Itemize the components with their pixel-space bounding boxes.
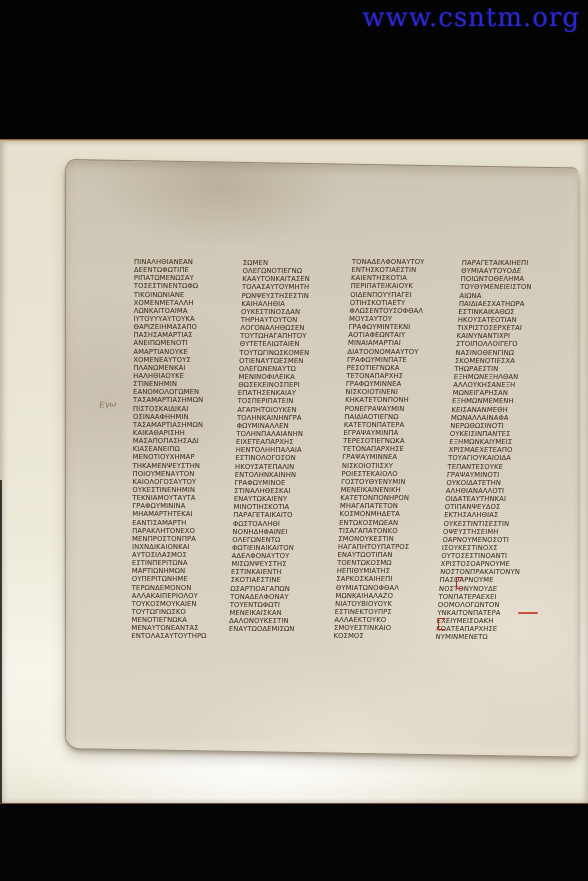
manuscript-text-line: ΟΑΡΝΟΥΜΕΝΟΣΟΤΙ xyxy=(442,536,529,544)
manuscript-text-line: ΗΕΝΤΟΛΗΗΠΑΛΑΙΑ xyxy=(235,446,321,454)
manuscript-text-line: ΚΑΙΗΑΛΗΘΙΑ xyxy=(241,300,327,308)
manuscript-text-line: ΠΙΝΑΛΗΘΙΑΝΕΑΝ xyxy=(134,258,220,266)
manuscript-text-line: ΠΑΡΑΓΕΤΑΙΚΑΙΗΕΠΙ xyxy=(461,259,548,267)
manuscript-text-line: ΟΥΚΕΣΤΙΝΟΣΔΑΝ xyxy=(241,308,327,316)
manuscript-text-line: ΚΑΑΥΤΟΝΚΑΙΤΑΣΕΝ xyxy=(242,275,328,283)
red-close-bracket-mark xyxy=(438,618,445,630)
manuscript-text-line: ΧΡΙΣΜΑΕΧΕΤΕΑΠΟ xyxy=(448,446,535,454)
manuscript-text-line: ΑΟΤΙΑΦΕΩΝΤΑΙΥ xyxy=(348,331,434,339)
manuscript-text-line: ΤΗΩΡΑΕΣΤΙΝ xyxy=(454,365,541,373)
manuscript-text-line: ΕΞΗΜΩΝΚΑΙΥΜΕΙΣ xyxy=(449,438,536,446)
manuscript-text-line: ΑΓΑΠΗΤΟΙΟΥΚΕΝ xyxy=(237,406,323,414)
manuscript-text-line: ΟΥΚΟΙΔΑΤΕΤΗΝ xyxy=(446,479,533,487)
manuscript-text-line: ΤΟΕΝΤΩΚΟΣΜΩ xyxy=(337,559,423,567)
manuscript-text-line: ΤΕΠΑΝΤΕΣΟΥΚΕ xyxy=(447,463,534,471)
manuscript-text-line: ΦΩΣΤΟΑΛΗΘΙ xyxy=(233,520,319,528)
manuscript-text-line: ΠΑΙΔΙΑΟΤΙΕΓΝΩ xyxy=(344,413,430,421)
manuscript-text-line: ΕΓΡΑΨΑΥΜΙΝΠΑ xyxy=(343,429,429,437)
manuscript-text-line: ΤΟΥΑΓΙΟΥΚΑΙΟΙΔΑ xyxy=(448,454,535,462)
manuscript-text-line: ΜΩΝΑΛΛΑΙΝΑΦΑ xyxy=(451,414,538,422)
manuscript-text-line: ΘΥΜΙΑΑΥΤΟΥΟΔΕ xyxy=(461,267,548,275)
manuscript-photo-stage: www.csntm.org Εγω ΠΙΝΑΛΗΘΙΑΝΕΑΝΔΕΕΝΤΩΦΩΤ… xyxy=(0,0,588,881)
manuscript-text-line: ΕΞΗΜΩΝΕΞΗΛΘΑΝ xyxy=(453,373,540,381)
manuscript-text-line: ΗΚΟΥΣΑΤΕΠΑΛΙΝ xyxy=(235,463,321,471)
manuscript-text-line: ΘΥΜΙΑΤΩΝΟΦΘΑΛ xyxy=(336,584,422,592)
manuscript-text-line: ΝΑΣΙΝΟΘΕΝΓΙΝΩ xyxy=(455,349,542,357)
manuscript-text-line: ΤΙΣΑΓΑΠΑΤΟΝΚΟ xyxy=(338,527,424,535)
manuscript-text-line: ΕΝΤΟΛΑΣΑΥΤΟΥΤΗΡΩ xyxy=(131,632,217,640)
manuscript-text-line: ΣΩΜΕΝ xyxy=(243,259,329,267)
manuscript-text-line: ΜΕΝΑΥΤΟΝΕΑΝΤΑΣ xyxy=(131,624,217,632)
manuscript-text-line: ΠΑΙΔΙΑΕΣΧΑΤΗΩΡΑ xyxy=(459,300,546,308)
manuscript-text-line: ΣΑΡΚΟΣΚΑΙΗΕΠΙ xyxy=(336,575,422,583)
manuscript-text-line: ΚΑΤΕΤΟΝΠΑΤΕΡΑ xyxy=(344,421,430,429)
manuscript-text-line: ΗΚΟΥΣΑΤΕΟΤΙΑΝ xyxy=(457,316,544,324)
manuscript-text-line: ΚΑΙΕΝΤΗΣΚΟΤΙΑ xyxy=(351,274,437,282)
manuscript-text-line: ΓΡΑΨΑΥΜΙΝΝΕΑ xyxy=(342,453,428,461)
manuscript-text-line: ΝΥΜΙΝΜΕΝΕΤΩ xyxy=(435,633,522,641)
manuscript-text-line: ΤΟΛΗΝΚΑΙΝΗΝΓΡΑ xyxy=(237,414,323,422)
manuscript-text-line: ΝΟΣΤΟΝΥΝΟΥΔΕ xyxy=(439,585,526,593)
manuscript-text-line: ΤΙΧΡΙΣΤΟΣΕΡΧΕΤΑΙ xyxy=(457,324,544,332)
manuscript-text-line: ΠΛΑΝΩΜΕΝΚΑΙ xyxy=(133,364,219,372)
manuscript-text-line: ΙΣΟΥΚΕΣΤΙΝΟΧΣ xyxy=(442,544,529,552)
manuscript-text-line: ΝΙΣΚΟΙΟΤΙΝΕΝΙ xyxy=(345,388,431,396)
manuscript-text-line: ΤΟΛΗΝΠΑΛΑΙΑΝΗΝ xyxy=(236,430,322,438)
text-column-2: ΣΩΜΕΝΟΛΕΓΩΝΟΤΙΕΓΝΩΚΑΑΥΤΟΝΚΑΙΤΑΣΕΝΤΟΛΑΣΑΥ… xyxy=(229,259,329,633)
manuscript-text-line: ΟΛΕΓΩΝΟΤΙΕΓΝΩ xyxy=(242,267,328,275)
manuscript-text-line: ΤΟΥΤΩΓΙΝΩΣΚΟ xyxy=(131,608,217,616)
manuscript-text-line: ΣΚΟΜΕΝΟΤΙΕΣΧΑ xyxy=(455,357,542,365)
manuscript-text-line: ΤΟΥΘΥΜΕΝΕΙΕΙΣΤΟΝ xyxy=(460,283,547,291)
manuscript-text-line: ΜΑΣΑΠΟΠΑΣΗΣΑΔΙ xyxy=(133,437,219,445)
manuscript-text-line: ΜΟΥΣΑΥΤΟΥ xyxy=(349,315,435,323)
manuscript-text-line: ΡΟΝΕΓΡΑΨΑΥΜΙΝ xyxy=(344,405,430,413)
manuscript-text-line: ΤΟΥΕΝΤΩΦΩΤΙ xyxy=(230,601,316,609)
manuscript-text-line: ΕΣΤΙΝΟΛΟΓΟΣΟΝ xyxy=(235,454,321,462)
manuscript-text-line: ΚΟΑΤΕΑΠΑΡΧΗΣΕ xyxy=(436,625,523,633)
manuscript-text-line: ΤΕΡΩΝΔΕΜΟΝΟΝ xyxy=(132,584,218,592)
manuscript-text-line: ΣΜΟΥΕΣΤΙΝΚΑΙΟ xyxy=(334,624,420,632)
manuscript-text-line: ΤΑΣΑΜΑΡΤΙΑΣΗΜΩΝ xyxy=(133,396,219,404)
margin-note: Εγω xyxy=(99,399,117,409)
manuscript-text-line: ΔΕΕΝΤΩΦΩΤΙΠΕ xyxy=(134,266,220,274)
bottom-background xyxy=(0,803,588,881)
manuscript-text-line: ΚΙΑΣΕΑΝΕΙΠΩ xyxy=(133,445,219,453)
manuscript-text-line: ΤΕΚΝΙΑΜΟΥΤΑΥΤΑ xyxy=(132,494,218,502)
manuscript-text-line: ΠΙΣΤΟΣΚΑΙΔΙΚΑΙ xyxy=(133,405,219,413)
manuscript-text-line: ΡΩΝΨΕΥΣΤΗΣΕΣΤΙΝ xyxy=(241,292,327,300)
manuscript-text-line: ΟΛΕΓΩΝΕΝΑΥΤΩ xyxy=(239,365,325,373)
manuscript-text-line: ΝΙΑΤΟΥΒΙΟΥΟΥΚ xyxy=(335,600,421,608)
manuscript-text-line: ΜΗΑΜΑΡΤΗΤΕΚΑΙ xyxy=(132,510,218,518)
manuscript-text-line: ΜΩΝΕΙΓΑΡΗΣΑΝ xyxy=(452,389,539,397)
manuscript-text-line: ΜΙΝΟΤΙΗΣΚΟΤΙΑ xyxy=(233,503,319,511)
manuscript-text-line: ΕΝΤΗΣΚΟΤΙΑΕΣΤΙΝ xyxy=(351,266,437,274)
manuscript-text-line: ΓΡΑΦΩΥΜΙΝΟΕ xyxy=(234,479,320,487)
red-open-bracket-mark xyxy=(456,577,463,589)
manuscript-text-line: ΑΛΗΘΙΑΝΑΛΛΟΤΙ xyxy=(445,487,532,495)
manuscript-text-line: ΠΕΡΙΠΑΤΕΙΚΑΙΟΥΚ xyxy=(350,282,436,290)
manuscript-text-line: ΕΝΑΥΤΩΚΑΙΕΝΥ xyxy=(234,495,320,503)
manuscript-text-line: ΤΕΤΟΝΑΠΑΡΧΗΣ xyxy=(346,372,432,380)
manuscript-text-line: ΤΟΝΑΔΕΛΦΟΝΑΥ xyxy=(230,593,316,601)
manuscript-text-line: ΘΩΣΕΚΕΙΝΟΣΠΕΡΙ xyxy=(238,381,324,389)
manuscript-text-line: ΩΣΑΡΤΙΟΑΓΑΠΩΝ xyxy=(230,585,316,593)
manuscript-text-line: ΚΑΤΕΤΟΝΠΟΝΗΡΟΝ xyxy=(340,494,426,502)
manuscript-text-line: ΗΑΛΗΘΙΑΟΥΚΕ xyxy=(133,372,219,380)
manuscript-text-line: ΠΟΙΩΝΤΟΘΕΛΗΜΑ xyxy=(460,275,547,283)
manuscript-text-line: ΟΥΚΕΣΤΙΝΕΝΗΜΙΝ xyxy=(132,486,218,494)
manuscript-text-line: ΓΟΣΤΟΥΘΥΕΝΥΜΙΝ xyxy=(341,478,427,486)
manuscript-text-line: ΤΟΥΤΩΓΙΝΩΣΚΟΜΕΝ xyxy=(239,349,325,357)
manuscript-text-line: ΥΝΚΑΙΤΟΝΠΑΤΕΡΑ xyxy=(437,609,524,617)
manuscript-text-line: ΜΕΝΕΙΚΑΙΝΕΝΙΚΗ xyxy=(340,486,426,494)
manuscript-text-line: ΚΗΚΑΤΕΤΟΝΠΟΝΗ xyxy=(345,396,431,404)
manuscript-text-line: ΘΑΡΙΖΕΙΗΜΑΣΑΠΟ xyxy=(133,323,219,331)
manuscript-text-line: ΠΑΡΑΓΕΤΑΙΚΑΙΤΟ xyxy=(233,511,319,519)
manuscript-text-line: ΠΑΣΗΣΑΜΑΡΤΙΑΣ xyxy=(133,331,219,339)
manuscript-text-line: ΓΡΑΦΩΥΜΙΝΝΕΑ xyxy=(346,380,432,388)
manuscript-text-line: ΟΥΚΕΙΣΙΝΠΑΝΤΕΣ xyxy=(449,430,536,438)
manuscript-text-line: ΤΟΛΑΣΑΥΤΟΥΜΗΤΗ xyxy=(242,283,328,291)
manuscript-text-line: ΡΙΠΑΤΩΜΕΝΩΣΑΥ xyxy=(134,274,220,282)
manuscript-text-line: ΕΑΝΟΜΟΛΟΓΩΜΕΝ xyxy=(133,388,219,396)
manuscript-text-line: ΤΟΝΠΑΤΕΡΑΕΧΕΙ xyxy=(438,593,525,601)
manuscript-text-line: ΝΟΣΤΟΝΠΡΑΚΑΙΤΟΝΥΝ xyxy=(440,568,527,576)
manuscript-text-line: ΤΟΥΚΟΣΜΟΥΚΑΙΕΝ xyxy=(132,600,218,608)
manuscript-text-line: ΑΥΤΟΣΙΛΑΣΜΟΣ xyxy=(132,551,218,559)
manuscript-text-line: ΕΧΕΙΥΜΕΙΣΟΑΚΗ xyxy=(436,617,523,625)
manuscript-text-line: ΜΕΝΠΡΟΣΤΟΝΠΡΑ xyxy=(132,535,218,543)
manuscript-text-line: ΜΕΝΟΤΙΟΥΧΗΜΑΡ xyxy=(133,453,219,461)
manuscript-text-line: ΝΕΡΩΘΩΣΙΝΟΤΙ xyxy=(450,422,537,430)
manuscript-text-line: ΟΨΕΥΣΤΗΣΕΙΜΗ xyxy=(443,528,530,536)
manuscript-text-line: ΔΙΑΤΟΟΝΟΜΑΑΥΤΟΥ xyxy=(347,348,433,356)
manuscript-text-line: ΛΩΝΚΑΙΤΟΑΙΜΑ xyxy=(134,307,220,315)
manuscript-text-line: ΟΙΔΕΝΠΟΥΥΠΑΓΕΙ xyxy=(350,291,436,299)
manuscript-text-line: ΕΝΤΩΚΟΣΜΩΕΑΝ xyxy=(339,519,425,527)
manuscript-text-line: ΑΛΛΑΚΑΙΠΕΡΙΟΛΟΥ xyxy=(132,592,218,600)
manuscript-text-line: ΣΤΟΙΠΟΛΛΟΙΓΕΓΟ xyxy=(456,340,543,348)
manuscript-text-line: ΙΥΤΟΥΥΥΑΥΤΟΥΚΑ xyxy=(134,315,220,323)
manuscript-text-line: ΝΙΣΚΟΙΟΤΙΙΣΧΥ xyxy=(342,462,428,470)
text-column-1: ΠΙΝΑΛΗΘΙΑΝΕΑΝΔΕΕΝΤΩΦΩΤΙΠΕΡΙΠΑΤΩΜΕΝΩΣΑΥΤΟ… xyxy=(131,258,220,641)
manuscript-text-line: ΤΟΝΑΔΕΛΦΟΝΑΥΤΟΥ xyxy=(352,258,438,266)
manuscript-text-line: ΡΕΣΟΤΙΕΓΝΩΚΑ xyxy=(346,364,432,372)
red-underline-mark xyxy=(518,612,538,614)
manuscript-text-line: ΜΕΝΙΝΟΦΙΛΕΙΚΑ xyxy=(238,373,324,381)
manuscript-text-line: ΗΕΠΙΘΥΜΙΑΤΗΣ xyxy=(336,567,422,575)
manuscript-text-line: ΟΤΙΠΑΝΨΕΥΔΟΣ xyxy=(444,503,531,511)
manuscript-text-line: ΕΚΤΗΣΑΛΗΘΙΑΣ xyxy=(444,511,531,519)
manuscript-text-line: ΜΗΑΓΑΠΑΤΕΤΟΝ xyxy=(340,502,426,510)
manuscript-text-line: ΜΙΣΩΝΨΕΥΣΤΗΣ xyxy=(231,560,317,568)
manuscript-text-line: ΚΑΙΝΥΝΑΝΤΙΧΡΙ xyxy=(456,332,543,340)
manuscript-text-line: ΛΟΓΟΝΑΛΗΘΩΣΕΝ xyxy=(240,324,326,332)
manuscript-text-line: ΧΟΜΕΝΕΑΥΤΟΥΣ xyxy=(133,356,219,364)
manuscript-text-line: ΜΑΡΤΙΩΝΗΜΩΝ xyxy=(132,567,218,575)
manuscript-text-line: ΦΩΤΙΕΙΝΑΙΚΑΙΤΟΝ xyxy=(232,544,318,552)
manuscript-text-line: ΧΡΙΣΤΟΣΟΑΡΝΟΥΜΕ xyxy=(440,560,527,568)
manuscript-text-line: ΘΥΤΕΤΕΛΙΩΤΑΙΕΝ xyxy=(240,340,326,348)
manuscript-text-line: ΦΛΩΣΕΝΤΟΥΣΟΦΘΑΛ xyxy=(349,307,435,315)
manuscript-text-line: ΚΑΙΟΛΟΓΟΣΑΥΤΟΥ xyxy=(132,478,218,486)
manuscript-text-line: ΣΤΙΝΕΝΗΜΙΝ xyxy=(133,380,219,388)
manuscript-text-line: ΤΟΥΤΩΗΑΓΑΠΗΤΟΥ xyxy=(240,332,326,340)
manuscript-text-line: ΤΟΣΠΕΡΙΠΑΤΕΙΝ xyxy=(237,397,323,405)
manuscript-text-line: ΚΟΣΜΟΣ xyxy=(333,632,419,640)
manuscript-text-line: ΟΟΜΟΛΟΓΩΝΤΟΝ xyxy=(438,601,525,609)
manuscript-text-line: ΟΤΙΗΣΚΟΤΙΑΕΤΥ xyxy=(350,299,436,307)
photo-left-edge-shadow xyxy=(0,480,2,803)
manuscript-text-line: ΑΔΕΛΦΟΝΑΥΤΟΥ xyxy=(231,552,317,560)
manuscript-text-line: ΟΤΙΕΝΑΥΤΩΕΣΜΕΝ xyxy=(239,357,325,365)
manuscript-text-line: ΠΟΙΟΥΜΕΝΑΥΤΟΝ xyxy=(132,470,218,478)
manuscript-text-line: ΟΣΙΝΑΑΦΗΗΜΙΝ xyxy=(133,413,219,421)
manuscript-text-line: ΟΥΚΕΣΤΙΝΤΙΣΕΣΤΙΝ xyxy=(443,520,530,528)
manuscript-text-line: ΧΟΜΕΝΜΕΤΑΛΛΗ xyxy=(134,299,220,307)
manuscript-text-line: ΕΝΑΥΤΩΟΔΕΜΙΣΩΝ xyxy=(229,625,315,633)
manuscript-text-line: ΡΟΙΕΣΤΕΚΑΙΟΛΟ xyxy=(341,470,427,478)
manuscript-text-line: ΚΟΣΜΟΝΜΗΔΕΤΑ xyxy=(339,510,425,518)
manuscript-text-line: ΚΑΙΚΑΘΑΡΙΣΗΗ xyxy=(133,429,219,437)
manuscript-text-line: ΠΑΣΟΑΡΝΟΥΜΕ xyxy=(439,576,526,584)
manuscript-text-line: ΟΥΠΕΡΙΤΩΝΗΜΕ xyxy=(132,575,218,583)
manuscript-text-line: ΦΩΥΜΙΝΑΛΛΕΝ xyxy=(236,422,322,430)
manuscript-text-line: ΟΛΕΓΩΝΕΝΤΩ xyxy=(232,536,318,544)
top-background: www.csntm.org xyxy=(0,0,588,139)
manuscript-text-line: ΜΙΝΑΙΑΜΑΡΤΙΑΙ xyxy=(348,339,434,347)
manuscript-text-line: ΓΡΑΨΑΥΜΙΝΟΤΙ xyxy=(447,471,534,479)
manuscript-text-line: ΤΑΣΑΜΑΡΤΙΑΣΗΜΩΝ xyxy=(133,421,219,429)
manuscript-text-line: ΣΜΟΝΟΥΚΕΣΤΙΝ xyxy=(338,535,424,543)
manuscript-text-line: ΓΡΑΦΩΥΜΙΝΠΑΤΕ xyxy=(347,356,433,364)
manuscript-text-line: ΕΠΑΤΗΣΕΝΚΑΙΑΥ xyxy=(238,389,324,397)
csntm-watermark-url: www.csntm.org xyxy=(362,3,580,33)
manuscript-text-line: ΑΝΕΙΠΩΜΕΝΟΤΙ xyxy=(133,339,219,347)
manuscript-text-line: ΕΞΗΜΩΝΜΕΜΕΝΗ xyxy=(452,397,539,405)
manuscript-text-line: ΤΗΡΗΑΥΤΟΥΤΟΝ xyxy=(240,316,326,324)
manuscript-text-line: ΕΑΝΤΙΣΑΜΑΡΤΗ xyxy=(132,519,218,527)
manuscript-text-line: ΔΑΛΟΝΟΥΚΕΣΤΙΝ xyxy=(229,617,315,625)
manuscript-text-line: ΟΙΔΑΤΕΑΥΤΗΝΚΑΙ xyxy=(445,495,532,503)
manuscript-text-line: ΜΩΝΚΑΙΗΑΛΑΖΟ xyxy=(335,592,421,600)
manuscript-text-line: ΓΡΑΦΩΥΜΙΝΤΕΚΝΙ xyxy=(348,323,434,331)
manuscript-text-line: ΝΟΝΗΔΗΦΑΙΝΕΙ xyxy=(232,528,318,536)
manuscript-text-line: ΜΕΝΕΙΚΑΙΣΚΑΝ xyxy=(229,609,315,617)
manuscript-text-line: ΕΣΤΙΝΚΑΙΚΑΘΩΣ xyxy=(458,308,545,316)
manuscript-text-line: ΓΡΑΦΩΥΜΙΝΙΝΑ xyxy=(132,502,218,510)
manuscript-text-line: ΑΛΛΟΥΚΗΣΑΝΕΞΗ xyxy=(453,381,540,389)
manuscript-text-line: ΤΕΡΕΣΟΤΙΕΓΝΩΚΑ xyxy=(343,437,429,445)
manuscript-text-line: ΤΗΚΑΜΕΝΨΕΥΣΤΗΝ xyxy=(133,462,219,470)
manuscript-text-line: ΕΝΑΥΤΩΟΤΙΠΑΝ xyxy=(337,551,423,559)
manuscript-text-line: ΕΣΤΙΝΠΕΡΙΤΩΝΑ xyxy=(132,559,218,567)
manuscript-text-line: ΣΤΙΝΑΛΗΘΕΣΚΑΙ xyxy=(234,487,320,495)
manuscript-text-line: ΚΕΙΣΑΝΑΝΜΕΘΗ xyxy=(451,406,538,414)
manuscript-text-line: ΕΣΤΙΝΚΑΙΕΝΤΗ xyxy=(231,568,317,576)
manuscript-text-line: ΣΚΟΤΙΑΕΣΤΙΝΕ xyxy=(230,576,316,584)
manuscript-text-line: ΕΣΤΙΝΕΚΤΟΥΠΡΣ xyxy=(334,608,420,616)
manuscript-text-line: ΤΕΤΟΝΑΠΑΡΧΗΣΕ xyxy=(342,445,428,453)
manuscript-text-line: ΑΜΑΡΤΙΑΝΟΥΚΕ xyxy=(133,348,219,356)
manuscript-text-line: ΤΙΚΟΙΝΩΝΙΑΝΕ xyxy=(134,291,220,299)
manuscript-text-line: ΟΥΤΟΣΕΣΤΙΝΟΑΝΤΙ xyxy=(441,552,528,560)
manuscript-text-line: ΑΙΩΝΑ xyxy=(459,292,546,300)
manuscript-text-line: ΜΕΝΟΤΙΕΓΝΩΚΑ xyxy=(131,616,217,624)
manuscript-text-line: ΗΑΓΑΠΗΤΟΥΠΑΤΡΟΣ xyxy=(338,543,424,551)
manuscript-text-line: ΙΝΧΝΔΙΚΑΙΟΝΚΑΙ xyxy=(132,543,218,551)
manuscript-text-line: ΕΙΧΕΤΕΑΠΑΡΧΗΣ xyxy=(236,438,322,446)
manuscript-text-line: ΕΝΤΟΛΗΝΚΑΙΝΗΝ xyxy=(235,471,321,479)
manuscript-text-line: ΑΛΛΑΕΚΤΟΥΚΟ xyxy=(334,616,420,624)
manuscript-text-line: ΠΑΡΑΚΛΗΤΟΝΕΧΟ xyxy=(132,527,218,535)
manuscript-text-line: ΤΟΣΕΣΤΙΝΕΝΤΩΦΩ xyxy=(134,282,220,290)
